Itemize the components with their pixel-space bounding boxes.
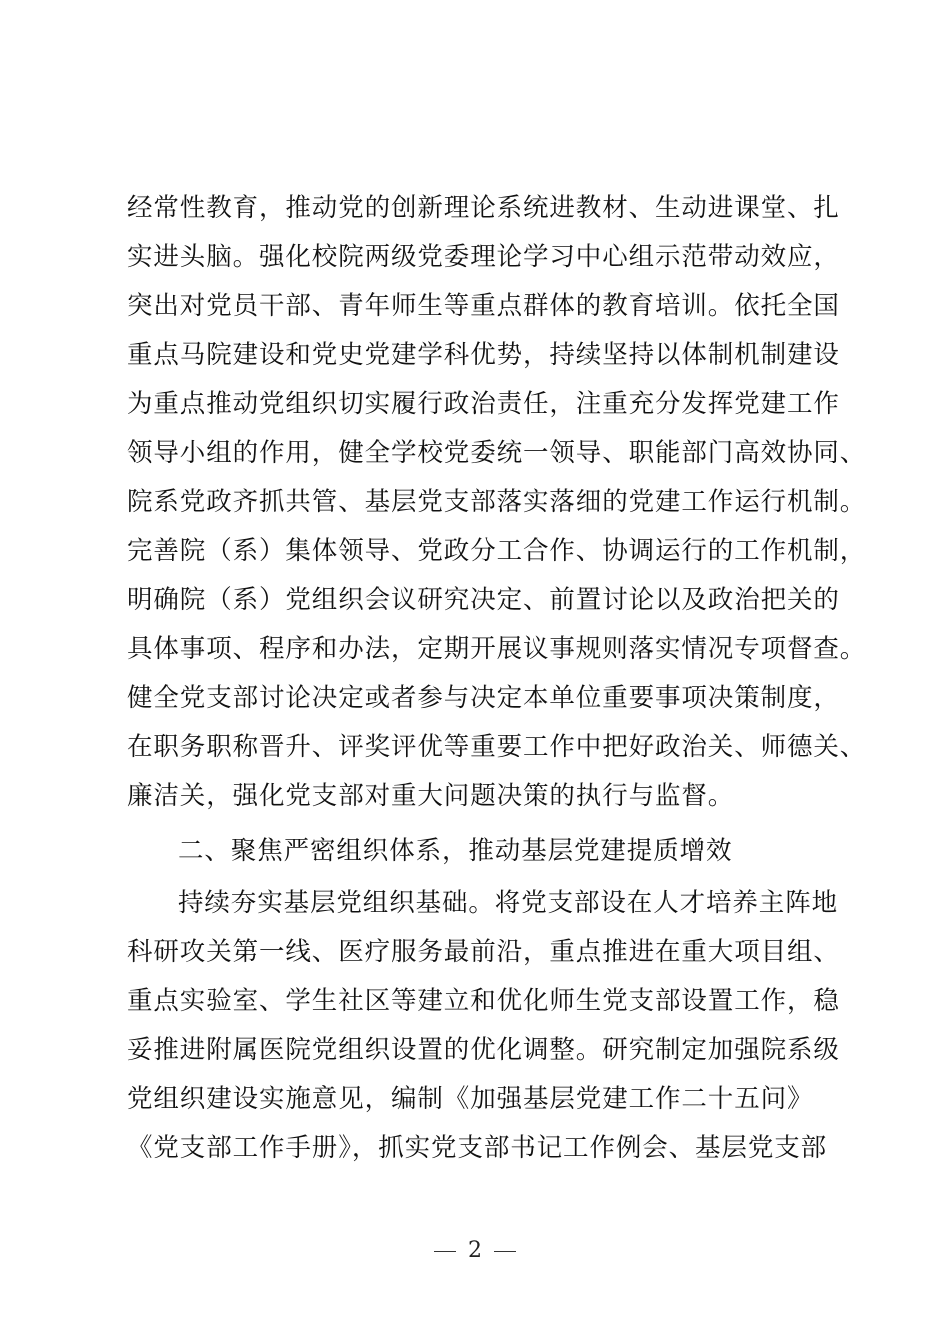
paragraph-line: 完善院（系）集体领导、党政分工合作、协调运行的工作机制， [127,527,847,576]
paragraph-line: 科研攻关第一线、医疗服务最前沿，重点推进在重大项目组、 [127,928,847,977]
paragraph-line: 《党支部工作手册》，抓实党支部书记工作例会、基层党支部 [127,1124,847,1173]
paragraph-line: 具体事项、程序和办法，定期开展议事规则落实情况专项督查。 [127,625,847,674]
footer-dash-left [434,1251,456,1252]
footer-dash-right [494,1251,516,1252]
paragraph-line: 在职务职称晋升、评奖评优等重要工作中把好政治关、师德关、 [127,723,847,772]
paragraph-line: 重点实验室、学生社区等建立和优化师生党支部设置工作，稳 [127,977,847,1026]
paragraph-line: 突出对党员干部、青年师生等重点群体的教育培训。依托全国 [127,282,847,331]
paragraph-line: 重点马院建设和党史党建学科优势，持续坚持以体制机制建设 [127,331,847,380]
paragraph-line: 经常性教育，推动党的创新理论系统进教材、生动进课堂、扎 [127,184,847,233]
paragraph-line: 廉洁关，强化党支部对重大问题决策的执行与监督。 [127,772,847,821]
paragraph-line: 为重点推动党组织切实履行政治责任，注重充分发挥党建工作 [127,380,847,429]
paragraph-line: 健全党支部讨论决定或者参与决定本单位重要事项决策制度， [127,674,847,723]
paragraph-line: 妥推进附属医院党组织设置的优化调整。研究制定加强院系级 [127,1026,847,1075]
body-text: 经常性教育，推动党的创新理论系统进教材、生动进课堂、扎 实进头脑。强化校院两级党… [127,184,847,1173]
page-number: 2 [468,1238,482,1263]
paragraph-line: 院系党政齐抓共管、基层党支部落实落细的党建工作运行机制。 [127,478,847,527]
paragraph-line: 党组织建设实施意见，编制《加强基层党建工作二十五问》 [127,1075,847,1124]
paragraph-line: 领导小组的作用，健全学校党委统一领导、职能部门高效协同、 [127,429,847,478]
page-footer: 2 [0,1238,950,1263]
section-heading: 二、聚焦严密组织体系，推动基层党建提质增效 [127,824,847,879]
document-page: 经常性教育，推动党的创新理论系统进教材、生动进课堂、扎 实进头脑。强化校院两级党… [0,0,950,1344]
paragraph-line: 明确院（系）党组织会议研究决定、前置讨论以及政治把关的 [127,576,847,625]
paragraph-line: 持续夯实基层党组织基础。将党支部设在人才培养主阵地 [127,879,847,928]
paragraph-line: 实进头脑。强化校院两级党委理论学习中心组示范带动效应， [127,233,847,282]
